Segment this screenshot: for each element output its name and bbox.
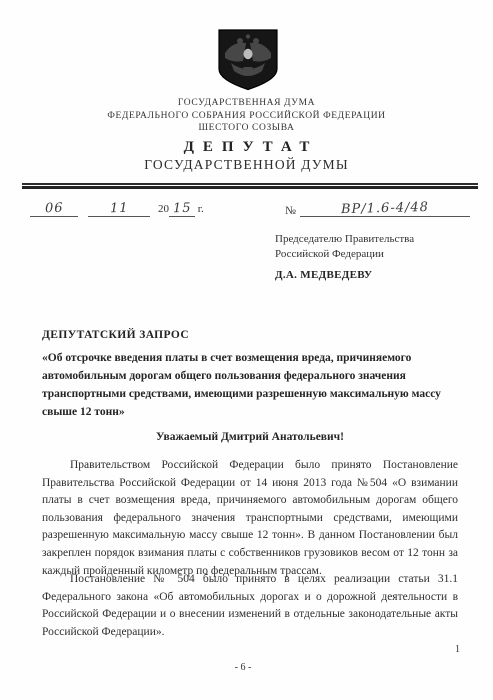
page-number-center: - 6 - <box>0 662 486 673</box>
letterhead-line1: ГОСУДАРСТВЕННАЯ ДУМА <box>0 97 493 110</box>
handwritten-month: 11 <box>110 201 129 216</box>
handwritten-document-number: ВР/1.6-4/48 <box>341 200 429 217</box>
addressee-block: Председателю Правительства Российской Фе… <box>275 232 414 283</box>
handwritten-year: 15 <box>173 201 192 216</box>
year-suffix: г. <box>198 203 204 215</box>
date-month-field: 11 <box>88 201 150 217</box>
addressee-line2: Российской Федерации <box>275 247 414 262</box>
addressee-name: Д.А. МЕДВЕДЕВУ <box>275 268 414 283</box>
body-paragraph: Правительством Российской Федерации было… <box>42 457 458 580</box>
request-subject: «Об отсрочке введения платы в счет возме… <box>42 349 458 421</box>
page-number-corner: 1 <box>455 644 460 655</box>
header-divider <box>22 183 478 189</box>
letterhead: ГОСУДАРСТВЕННАЯ ДУМА ФЕДЕРАЛЬНОГО СОБРАН… <box>0 97 493 173</box>
number-sign-label: № <box>285 205 296 217</box>
date-year-field: 2015 г. <box>158 201 204 217</box>
dateline: 06 11 2015 г. № ВР/1.6-4/48 <box>30 194 470 220</box>
document-number-field: № ВР/1.6-4/48 <box>285 201 470 217</box>
request-heading: ДЕПУТАТСКИЙ ЗАПРОС <box>42 329 189 341</box>
year-century-prefix: 20 <box>158 203 169 215</box>
handwritten-day: 06 <box>45 201 64 216</box>
scanned-letter-page: ГОСУДАРСТВЕННАЯ ДУМА ФЕДЕРАЛЬНОГО СОБРАН… <box>0 0 493 700</box>
date-day-field: 06 <box>30 201 78 217</box>
russia-coat-of-arms-icon <box>213 27 283 93</box>
letterhead-subtitle: ГОСУДАРСТВЕННОЙ ДУМЫ <box>0 157 493 173</box>
letterhead-line2: ФЕДЕРАЛЬНОГО СОБРАНИЯ РОССИЙСКОЙ ФЕДЕРАЦ… <box>0 110 493 123</box>
addressee-line1: Председателю Правительства <box>275 232 414 247</box>
letterhead-line3: ШЕСТОГО СОЗЫВА <box>0 122 493 135</box>
letterhead-title: ДЕПУТАТ <box>0 139 493 156</box>
body-paragraph: Постановление № 504 было принято в целях… <box>42 571 458 641</box>
salutation: Уважаемый Дмитрий Анатольевич! <box>42 431 458 443</box>
